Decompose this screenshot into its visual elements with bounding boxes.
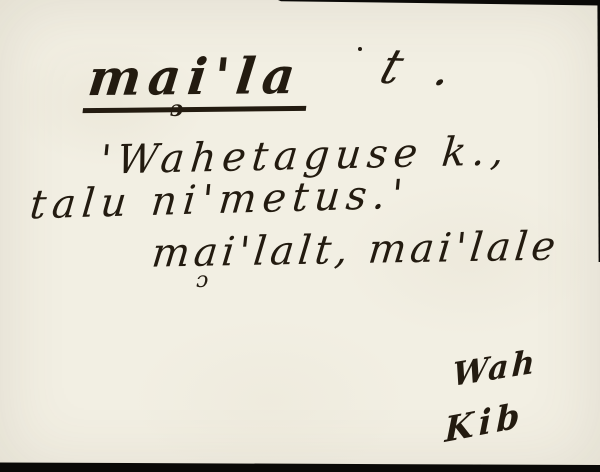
quote-line-1: 'Wahetaguse k., bbox=[98, 131, 512, 180]
photo-frame: mai'la ɔ t . 'Wahetaguse k., talu ni'met… bbox=[0, 0, 600, 472]
signature-line-2: Kib bbox=[444, 398, 524, 448]
ink-speck bbox=[358, 47, 362, 51]
signature-line-1: Wah bbox=[452, 345, 539, 391]
inflections-diacritic: ɔ bbox=[196, 270, 208, 292]
headword: mai'la bbox=[82, 51, 312, 113]
headword-diacritic: ɔ bbox=[170, 98, 183, 120]
inflections-line: mai'lalt, mai'lale bbox=[150, 226, 561, 273]
quote-line-2: talu ni'metus.' bbox=[28, 175, 410, 226]
headword-marker: t . bbox=[375, 43, 469, 94]
index-card: mai'la ɔ t . 'Wahetaguse k., talu ni'met… bbox=[0, 0, 600, 472]
